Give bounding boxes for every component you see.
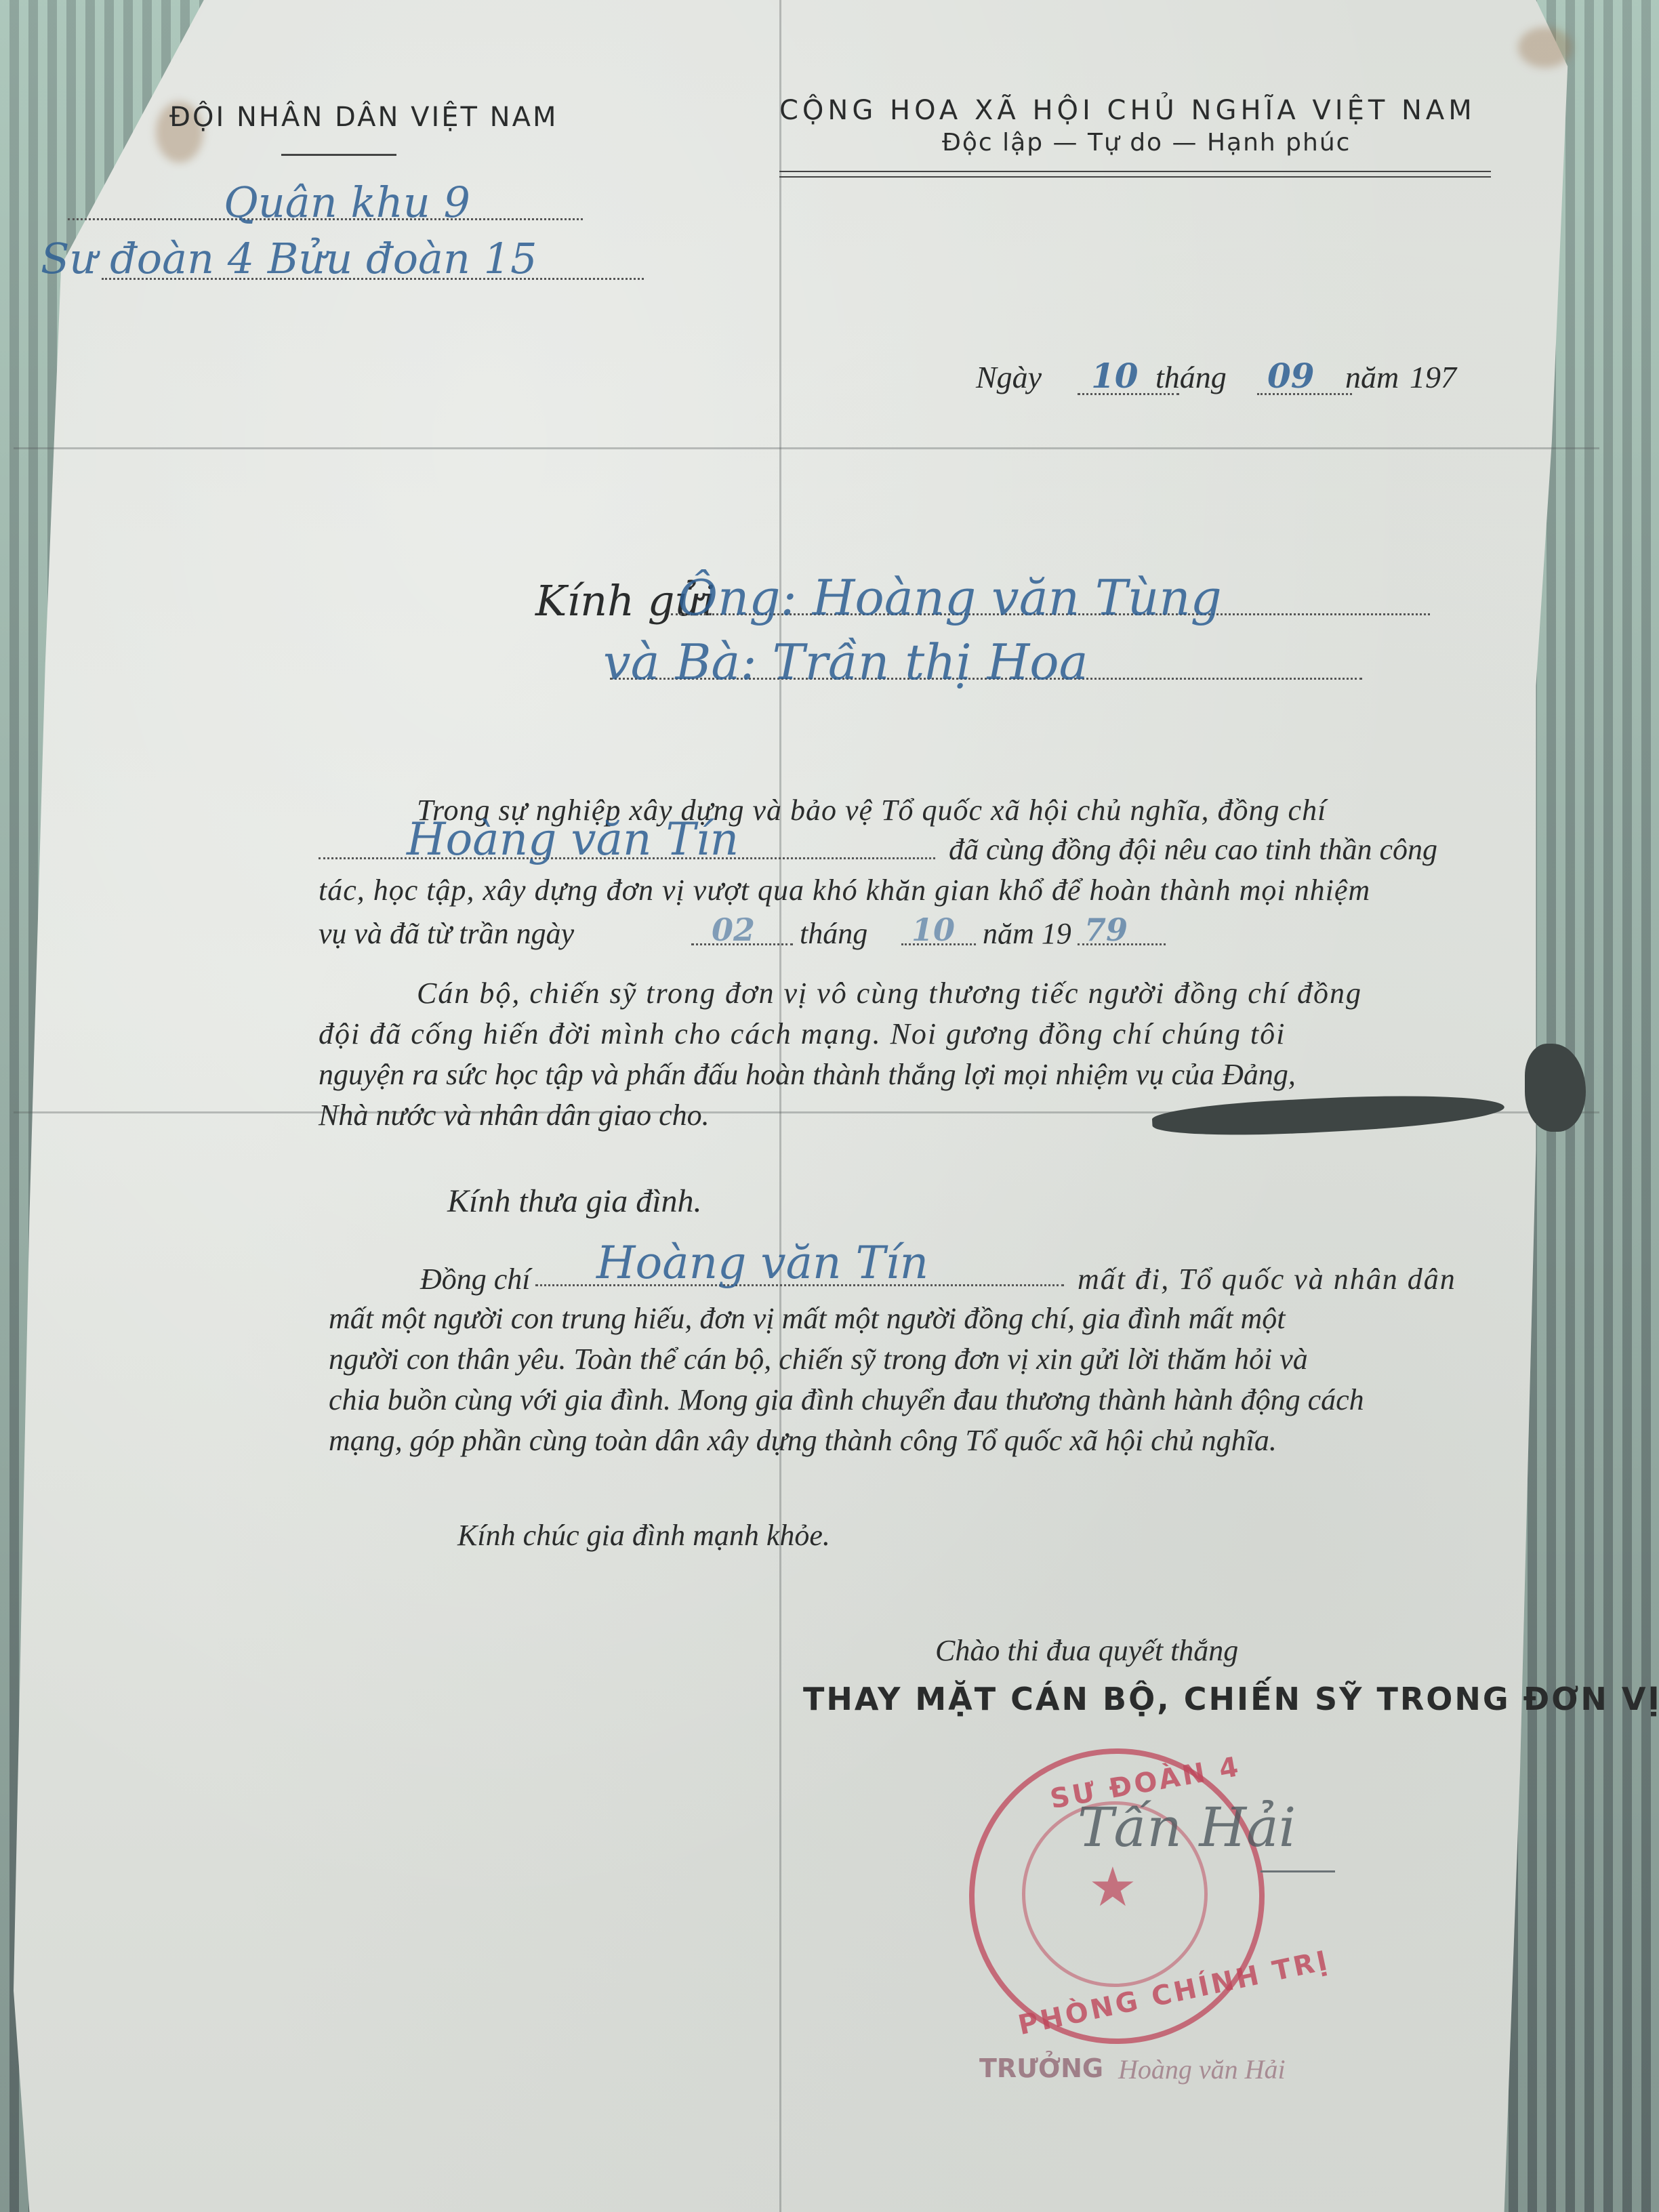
signature: Tấn Hải — [1078, 1796, 1296, 1859]
body-paragraph-3-line-3: người con thân yêu. Toàn thể cán bộ, chi… — [329, 1342, 1308, 1376]
closing-salute: Chào thi đua quyết thắng — [935, 1633, 1238, 1668]
body-paragraph-1-line-4: vụ và đã từ trần ngày — [319, 916, 574, 951]
death-month: 10 — [912, 912, 955, 948]
signatory-title: THAY MẶT CÁN BỘ, CHIẾN SỸ TRONG ĐƠN VỊ — [803, 1681, 1659, 1717]
date-year: 197 — [1410, 359, 1456, 395]
date-month-label: tháng — [1155, 359, 1227, 395]
body-paragraph-3-line-1: mất đi, Tổ quốc và nhân dân — [1078, 1262, 1456, 1296]
national-motto: Độc lập — Tự do — Hạnh phúc — [942, 129, 1351, 157]
body-paragraph-2-line-3: nguyện ra sức học tập và phấn đấu hoàn t… — [319, 1057, 1296, 1092]
body-paragraph-3-line-4: chia buồn cùng với gia đình. Mong gia đì… — [329, 1382, 1364, 1417]
body-paragraph-2-line-4: Nhà nước và nhân dân giao cho. — [319, 1098, 710, 1132]
addressee-line-2: và Bà: Trần thị Hoa — [603, 634, 1088, 691]
signer-name: Hoàng văn Hải — [1118, 2053, 1286, 2085]
addressee-line-1: Ông: Hoàng văn Tùng — [678, 569, 1222, 626]
greeting: Kính thưa gia đình. — [447, 1183, 702, 1220]
unit-line-1: Quân khu 9 — [224, 178, 470, 227]
date-prefix: Ngày — [976, 359, 1042, 395]
deceased-name-2: Hoàng văn Tín — [596, 1237, 928, 1289]
body-paragraph-2-line-1: Cán bộ, chiến sỹ trong đơn vị vô cùng th… — [417, 976, 1362, 1010]
header-ornament-rule — [281, 154, 396, 156]
body-paragraph-2-line-2: đội đã cống hiến đời mình cho cách mạng.… — [319, 1017, 1286, 1051]
date-day: 10 — [1091, 356, 1139, 396]
death-year: 79 — [1084, 912, 1128, 948]
org-header: ĐỘI NHÂN DÂN VIỆT NAM — [169, 102, 558, 133]
body-paragraph-1-line-3: tác, học tập, xây dựng đơn vị vượt qua k… — [319, 873, 1370, 907]
stain — [1518, 27, 1572, 68]
date-month: 09 — [1267, 356, 1315, 396]
body-paragraph-1-line-2: đã cùng đồng đội nêu cao tinh thần công — [949, 832, 1437, 867]
signer-role: TRƯỞNG — [979, 2053, 1103, 2083]
unit-line-2: Sư đoàn 4 Bửu đoàn 15 — [41, 234, 537, 283]
star-icon: ★ — [1088, 1856, 1137, 1919]
fold-line — [14, 447, 1599, 449]
date-year-label: năm — [1345, 359, 1399, 395]
motto-double-rule — [779, 176, 1491, 178]
death-month-label: tháng — [800, 916, 867, 951]
closing-wish: Kính chúc gia đình mạnh khỏe. — [457, 1518, 830, 1553]
fold-line — [779, 0, 781, 2212]
body-paragraph-3-line-5: mạng, góp phần cùng toàn dân xây dựng th… — [329, 1423, 1277, 1458]
death-year-label: năm 19 — [983, 916, 1071, 951]
official-stamp: SƯ ĐOÀN 4 PHÒNG CHÍNH TRỊ ★ — [969, 1748, 1265, 2044]
body-paragraph-3-line-2: mất một người con trung hiếu, đơn vị mất… — [329, 1301, 1285, 1336]
death-day: 02 — [712, 912, 755, 948]
body-paragraph-3-prefix: Đồng chí — [420, 1262, 531, 1296]
signature-stroke — [1261, 1870, 1335, 1872]
country-name: CỘNG HOA XÃ HỘI CHỦ NGHĨA VIỆT NAM — [779, 95, 1476, 126]
motto-double-rule — [779, 171, 1491, 172]
deceased-name: Hoàng văn Tín — [407, 813, 739, 865]
